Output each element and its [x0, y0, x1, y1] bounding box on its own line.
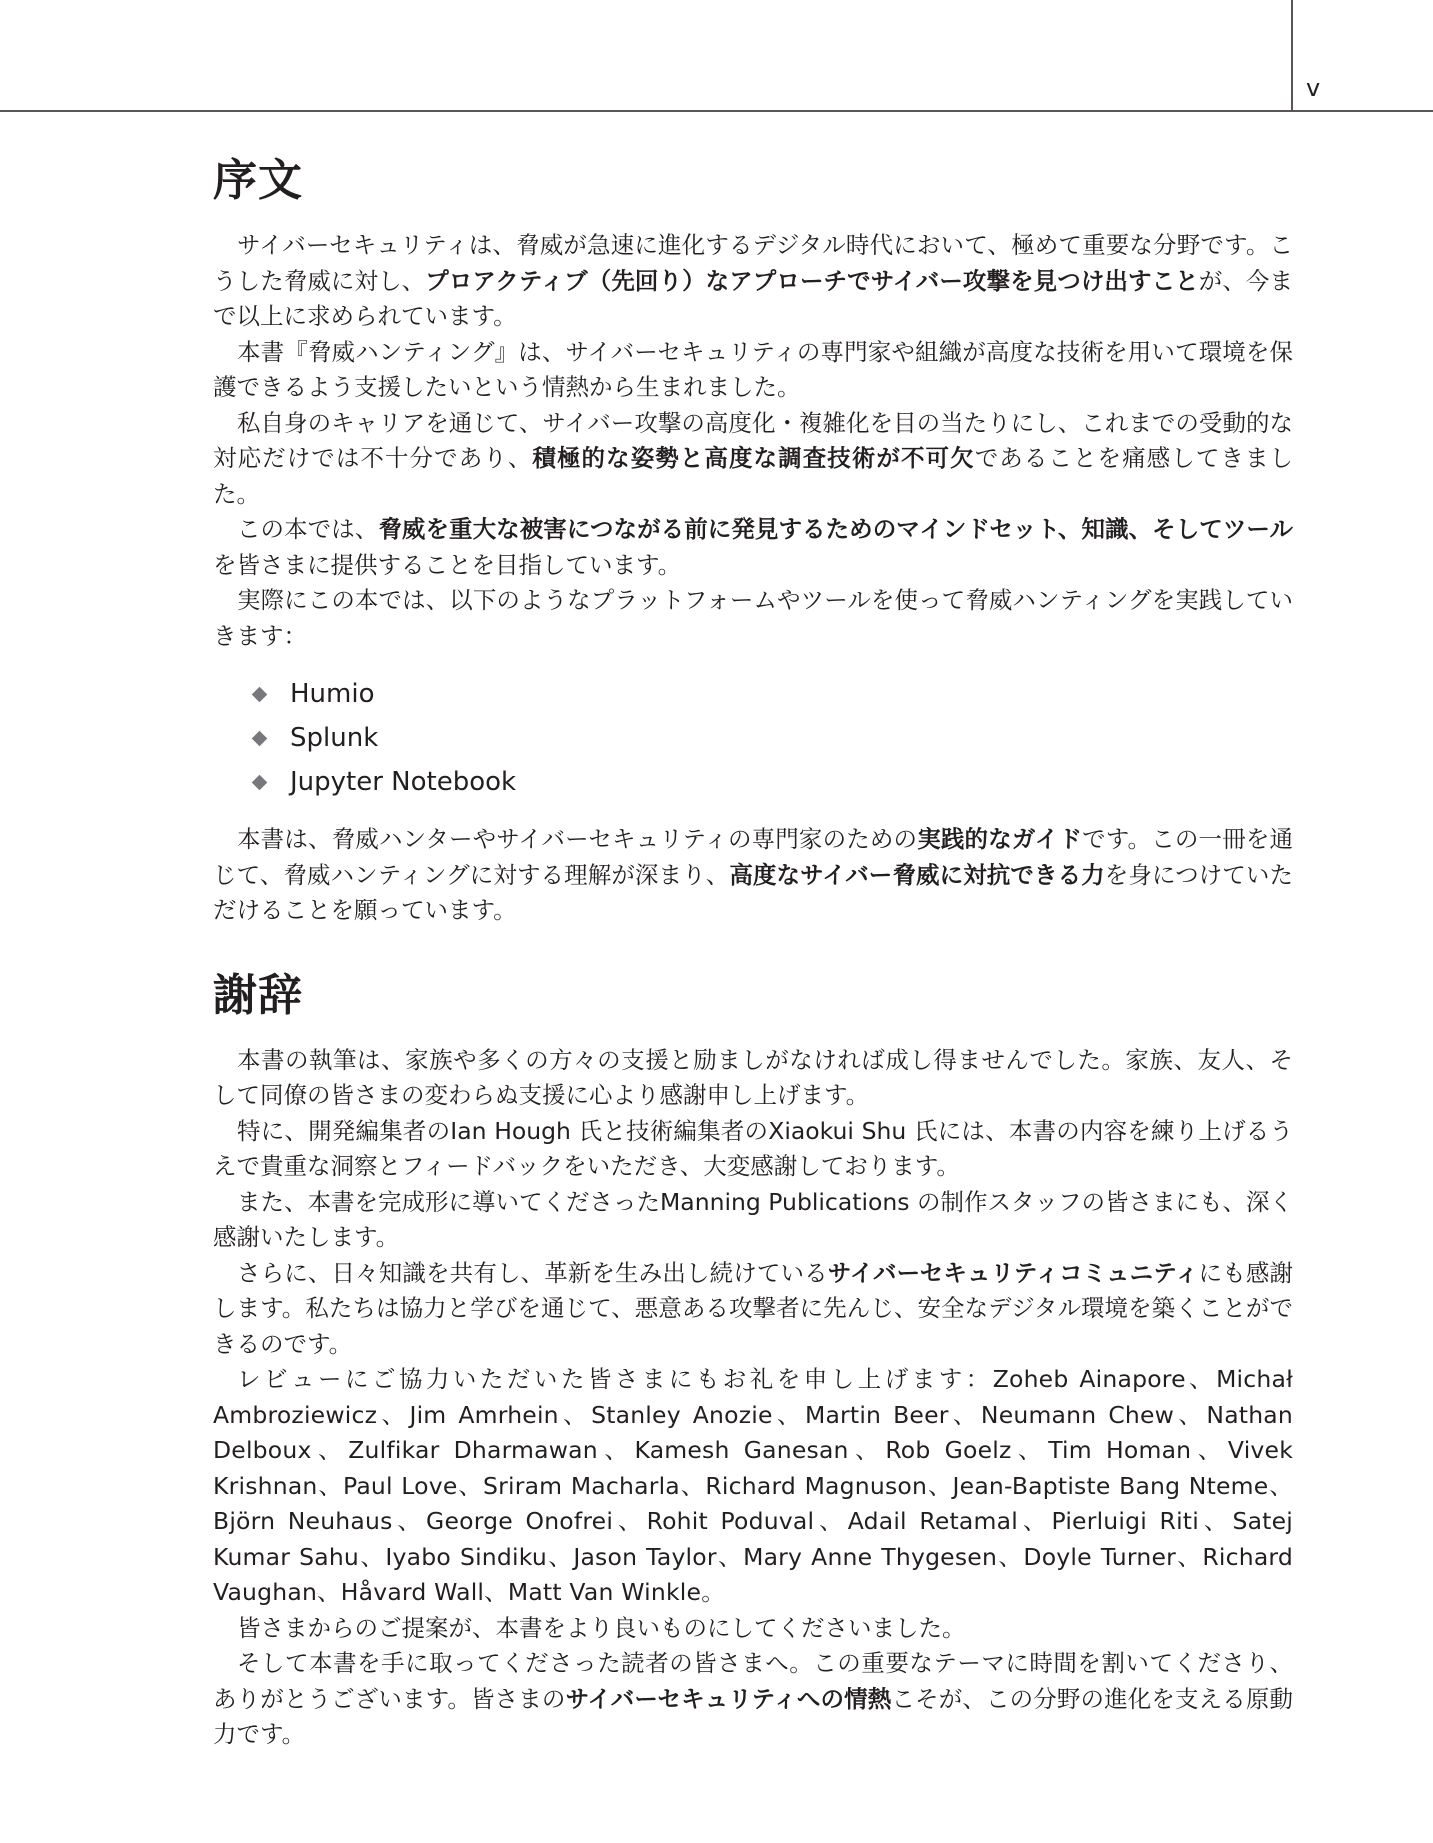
editor-name: Xiaokui Shu [768, 1117, 906, 1145]
text: を皆さまに提供することを目指しています。 [213, 551, 681, 579]
tools-list-item: Splunk [250, 716, 1293, 760]
emphasis: 高度なサイバー脅威に対抗できる力 [729, 861, 1104, 889]
preface-paragraph-1: サイバーセキュリティは、脅威が急速に進化するデジタル時代において、極めて重要な分… [213, 228, 1293, 335]
editor-name: Ian Hough [450, 1117, 571, 1145]
text: 本書は、脅威ハンターやサイバーセキュリティの専門家のための [237, 825, 917, 853]
tools-list-item: Jupyter Notebook [250, 760, 1293, 804]
preface-paragraph-2: 本書『脅威ハンティング』は、サイバーセキュリティの専門家や組織が高度な技術を用い… [213, 335, 1293, 406]
diamond-bullet-icon [252, 686, 268, 702]
text: さらに、日々知識を共有し、革新を生み出し続けている [237, 1259, 828, 1287]
ack-paragraph-7: そして本書を手に取ってくださった読者の皆さまへ。この重要なテーマに時間を割いてく… [213, 1646, 1293, 1753]
ack-paragraph-reviewers: レビューにご協力いただいた皆さまにもお礼を申し上げます：Zoheb Ainapo… [213, 1362, 1293, 1611]
text: 本書『脅威ハンティング』は、サイバーセキュリティの専門家や組織が高度な技術を用い… [213, 338, 1293, 402]
preface-paragraph-4: この本では、脅威を重大な被害につながる前に発見するためのマインドセット、知識、そ… [213, 512, 1293, 583]
diamond-bullet-icon [252, 730, 268, 746]
reviewer-names: Zoheb Ainapore、Michał Ambroziewicz、Jim A… [213, 1365, 1293, 1606]
emphasis: 脅威を重大な被害につながる前に発見するためのマインドセット、知識、そしてツール [378, 515, 1293, 543]
emphasis: サイバーセキュリティコミュニティ [828, 1259, 1199, 1287]
tools-list-item: Humio [250, 672, 1293, 716]
header-vertical-rule [1291, 0, 1293, 111]
emphasis: 積極的な姿勢と高度な調査技術が不可欠 [532, 444, 974, 472]
tool-name: Splunk [290, 716, 378, 760]
preface-section: 序文 サイバーセキュリティは、脅威が急速に進化するデジタル時代において、極めて重… [213, 150, 1293, 929]
tool-name: Humio [290, 672, 375, 716]
emphasis: 実践的なガイド [917, 825, 1082, 853]
acknowledgments-title: 謝辞 [213, 965, 1293, 1027]
tool-name: Jupyter Notebook [290, 760, 516, 804]
text: 特に、開発編集者の [237, 1117, 450, 1145]
emphasis: サイバーセキュリティへの情熱 [566, 1685, 892, 1713]
text: この本では、 [237, 515, 378, 543]
publisher-name: Manning Publications [660, 1188, 909, 1216]
ack-paragraph-4: さらに、日々知識を共有し、革新を生み出し続けているサイバーセキュリティコミュニテ… [213, 1256, 1293, 1363]
preface-paragraph-3: 私自身のキャリアを通じて、サイバー攻撃の高度化・複雑化を目の当たりにし、これまで… [213, 406, 1293, 513]
tools-list: Humio Splunk Jupyter Notebook [213, 672, 1293, 804]
ack-paragraph-2: 特に、開発編集者のIan Hough 氏と技術編集者のXiaokui Shu 氏… [213, 1114, 1293, 1185]
page-number: v [1306, 74, 1320, 102]
ack-paragraph-1: 本書の執筆は、家族や多くの方々の支援と励ましがなければ成し得ませんでした。家族、… [213, 1043, 1293, 1114]
preface-title: 序文 [213, 150, 1293, 212]
header-rule [0, 110, 1433, 112]
text: 氏と技術編集者の [579, 1117, 769, 1145]
diamond-bullet-icon [252, 774, 268, 790]
ack-paragraph-3: また、本書を完成形に導いてくださったManning Publications の… [213, 1185, 1293, 1256]
page-content: 序文 サイバーセキュリティは、脅威が急速に進化するデジタル時代において、極めて重… [213, 150, 1293, 1753]
text: レビューにご協力いただいた皆さまにもお礼を申し上げます： [237, 1365, 993, 1393]
text: また、本書を完成形に導いてくださった [237, 1188, 660, 1216]
preface-closing-paragraph: 本書は、脅威ハンターやサイバーセキュリティの専門家のための実践的なガイドです。こ… [213, 822, 1293, 929]
preface-paragraph-5: 実際にこの本では、以下のようなプラットフォームやツールを使って脅威ハンティングを… [213, 583, 1293, 654]
text: 実際にこの本では、以下のようなプラットフォームやツールを使って脅威ハンティングを… [213, 586, 1293, 650]
ack-paragraph-6: 皆さまからのご提案が、本書をより良いものにしてくださいました。 [213, 1611, 1293, 1647]
acknowledgments-section: 謝辞 本書の執筆は、家族や多くの方々の支援と励ましがなければ成し得ませんでした。… [213, 965, 1293, 1753]
emphasis: プロアクティブ（先回り）なアプローチでサイバー攻撃を見つけ出すこと [425, 267, 1199, 295]
